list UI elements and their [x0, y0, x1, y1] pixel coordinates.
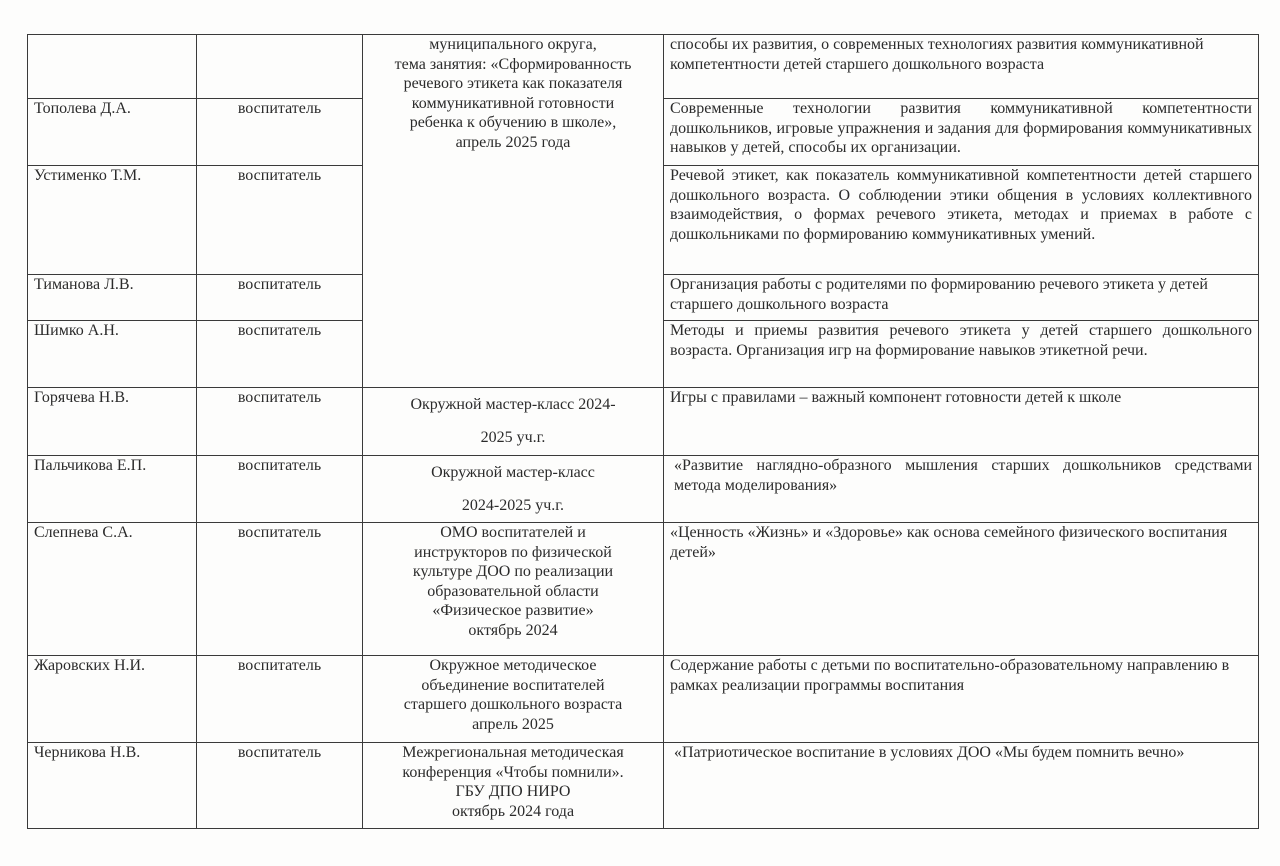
topic-text: способы их развития, о современных техно… — [670, 35, 1252, 74]
topic-text: Речевой этикет, как показатель коммуника… — [670, 166, 1252, 244]
topic-text: Содержание работы с детьми по воспитател… — [670, 656, 1252, 695]
teacher-name-cell: Горячева Н.В. — [28, 388, 197, 456]
topic-cell: Содержание работы с детьми по воспитател… — [664, 656, 1259, 743]
topic-cell: «Ценность «Жизнь» и «Здоровье» как основ… — [664, 523, 1259, 656]
topic-text: Современные технологии развития коммуник… — [670, 99, 1252, 158]
topic-cell: Организация работы с родителями по форми… — [664, 275, 1259, 321]
position-cell: воспитатель — [197, 388, 363, 456]
table-row: муниципального округа, тема занятия: «Сф… — [28, 35, 1259, 99]
event-text: Межрегиональная методическая конференция… — [369, 743, 657, 821]
event-cell: Окружное методическое объединение воспит… — [363, 656, 664, 743]
table-row: Слепнева С.А. воспитатель ОМО воспитател… — [28, 523, 1259, 656]
topic-cell: «Развитие наглядно-образного мышления ст… — [664, 456, 1259, 523]
topic-text: «Развитие наглядно-образного мышления ст… — [670, 456, 1252, 495]
topic-text: «Ценность «Жизнь» и «Здоровье» как основ… — [670, 523, 1252, 562]
topic-cell: «Патриотическое воспитание в условиях ДО… — [664, 743, 1259, 829]
teacher-name-cell: Тополева Д.А. — [28, 99, 197, 166]
event-text: Окружной мастер-класс 2024-2025 уч.г. — [369, 456, 657, 522]
position-cell — [197, 35, 363, 99]
topic-cell: Современные технологии развития коммуник… — [664, 99, 1259, 166]
teacher-name-cell: Шимко А.Н. — [28, 321, 197, 388]
topic-text: Методы и приемы развития речевого этикет… — [670, 321, 1252, 360]
topic-cell: Методы и приемы развития речевого этикет… — [664, 321, 1259, 388]
topic-cell: Игры с правилами – важный компонент гото… — [664, 388, 1259, 456]
teacher-name-cell: Устименко Т.М. — [28, 166, 197, 275]
event-cell: ОМО воспитателей и инструкторов по физич… — [363, 523, 664, 656]
position-cell: воспитатель — [197, 456, 363, 523]
event-cell-merged: муниципального округа, тема занятия: «Сф… — [363, 35, 664, 388]
topic-cell: Речевой этикет, как показатель коммуника… — [664, 166, 1259, 275]
table-row: Пальчикова Е.П. воспитатель Окружной мас… — [28, 456, 1259, 523]
position-cell: воспитатель — [197, 321, 363, 388]
table-row: Черникова Н.В. воспитатель Межрегиональн… — [28, 743, 1259, 829]
document-page: муниципального округа, тема занятия: «Сф… — [0, 0, 1280, 866]
methodical-work-table: муниципального округа, тема занятия: «Сф… — [27, 34, 1259, 829]
event-text: ОМО воспитателей и инструкторов по физич… — [369, 523, 657, 640]
topic-text: Организация работы с родителями по форми… — [670, 275, 1252, 314]
position-cell: воспитатель — [197, 166, 363, 275]
position-cell: воспитатель — [197, 656, 363, 743]
teacher-name-cell: Тиманова Л.В. — [28, 275, 197, 321]
position-cell: воспитатель — [197, 743, 363, 829]
teacher-name-cell: Пальчикова Е.П. — [28, 456, 197, 523]
event-text: Окружной мастер-класс 2024- 2025 уч.г. — [369, 388, 657, 454]
event-cell: Окружной мастер-класс 2024- 2025 уч.г. — [363, 388, 664, 456]
event-cell: Межрегиональная методическая конференция… — [363, 743, 664, 829]
event-cell: Окружной мастер-класс 2024-2025 уч.г. — [363, 456, 664, 523]
table-row: Горячева Н.В. воспитатель Окружной масте… — [28, 388, 1259, 456]
teacher-name-cell: Черникова Н.В. — [28, 743, 197, 829]
position-cell: воспитатель — [197, 99, 363, 166]
topic-text: Игры с правилами – важный компонент гото… — [670, 388, 1252, 408]
position-cell: воспитатель — [197, 523, 363, 656]
teacher-name-cell: Слепнева С.А. — [28, 523, 197, 656]
event-text: Окружное методическое объединение воспит… — [369, 656, 657, 734]
position-cell: воспитатель — [197, 275, 363, 321]
topic-text: «Патриотическое воспитание в условиях ДО… — [670, 743, 1252, 763]
topic-cell: способы их развития, о современных техно… — [664, 35, 1259, 99]
teacher-name-cell: Жаровских Н.И. — [28, 656, 197, 743]
event-text: муниципального округа, тема занятия: «Сф… — [369, 35, 657, 152]
teacher-name-cell — [28, 35, 197, 99]
table-row: Жаровских Н.И. воспитатель Окружное мето… — [28, 656, 1259, 743]
